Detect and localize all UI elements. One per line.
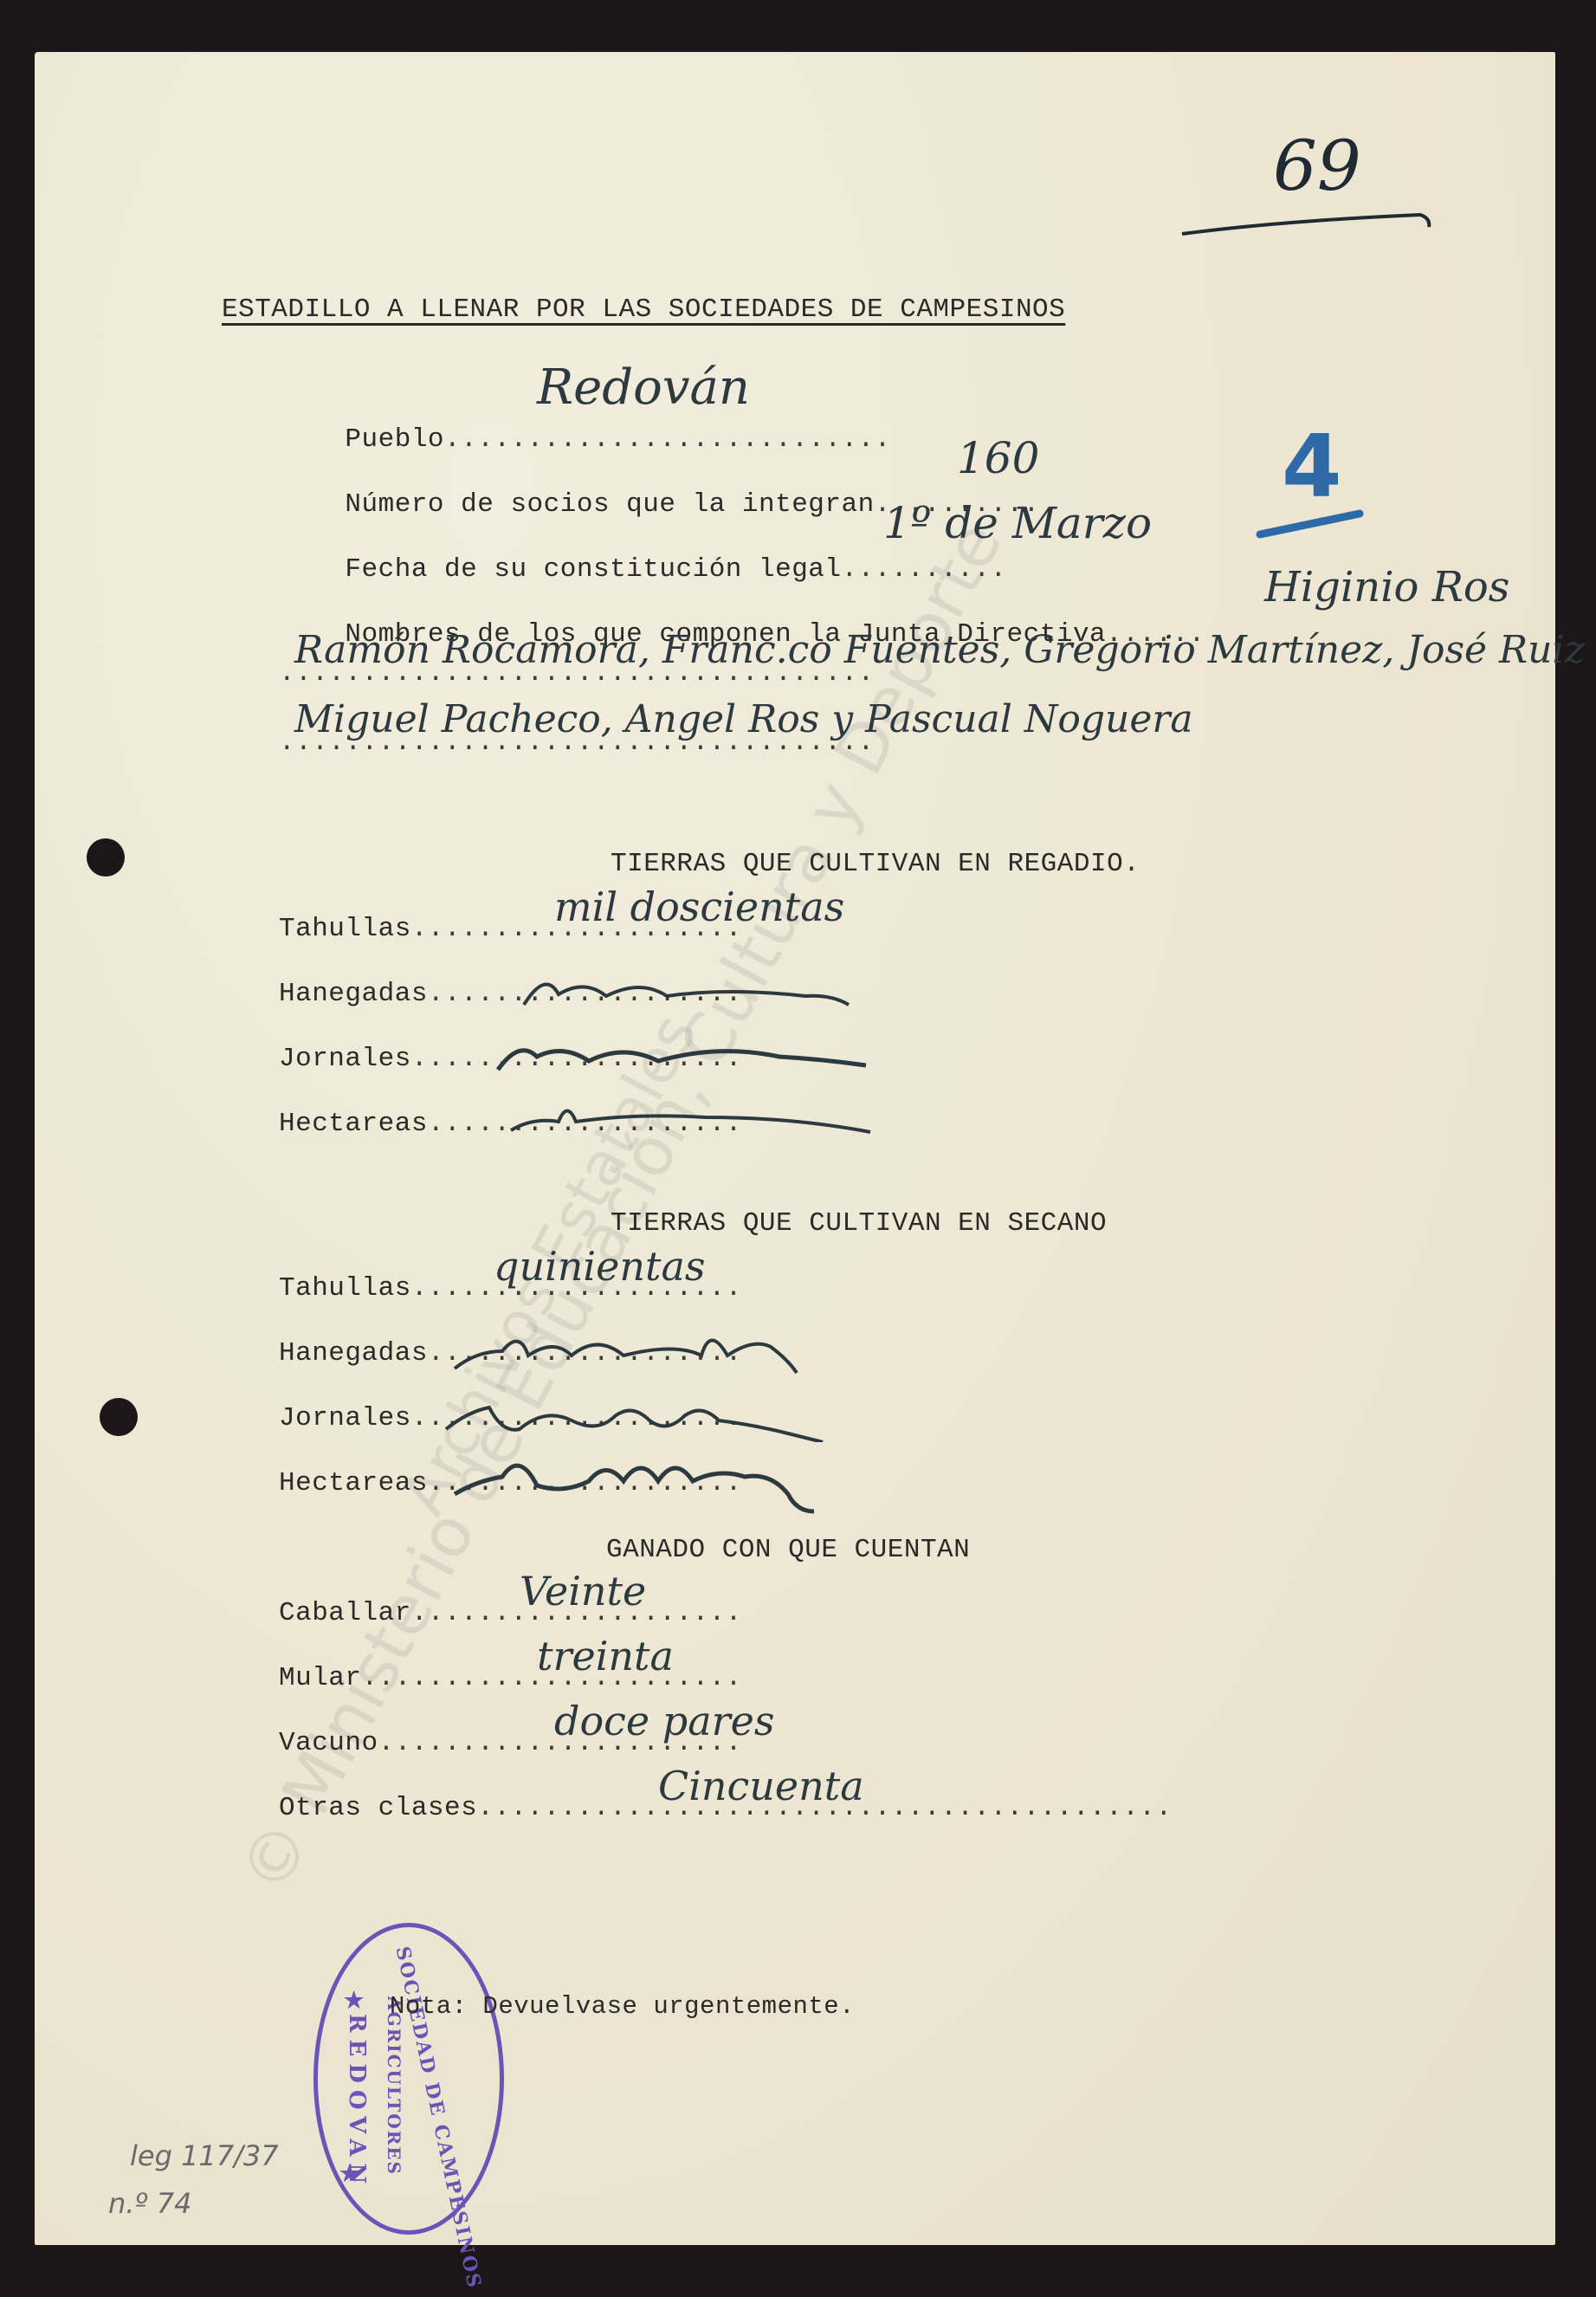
row-ganado-otras-clases-value: Cincuenta	[658, 1763, 864, 1809]
junta-line-3-value: Miguel Pacheco, Angel Ros y Pascual Nogu…	[294, 697, 1193, 741]
urgent-note: Nota: Devuelvase urgentemente.	[390, 1992, 855, 2021]
row-secano-jornales-dash	[442, 1390, 875, 1442]
dot-leader: ..........	[842, 554, 1007, 585]
star-icon: ★	[344, 1988, 364, 2014]
archival-number: n.º 74	[108, 2187, 191, 2220]
row-ganado-caballar-value: Veinte	[520, 1568, 646, 1614]
row-secano-tahullas-value: quinientas	[494, 1243, 706, 1290]
junta-line-2-value: Ramón Rocamora, Franc.co Fuentes, Gregor…	[294, 628, 1585, 672]
document-page: © Ministerio de Educación, Cultura y Dep…	[35, 52, 1555, 2245]
hole-punch-bottom	[100, 1398, 138, 1436]
row-ganado-caballar: Caballar....................	[279, 1598, 742, 1628]
row-regadio-hanegadas-dash	[520, 970, 909, 1013]
field-numero-socios-value: 160	[957, 433, 1039, 483]
field-label: Pueblo	[345, 424, 444, 455]
section-heading-secano: TIERRAS QUE CULTIVAN EN SECANO	[611, 1208, 1107, 1239]
dot-leader: ...........................	[444, 424, 891, 455]
row-regadio-jornales-dash	[494, 1035, 909, 1078]
blue-pencil-mark: 4	[1282, 416, 1342, 517]
row-ganado-mular-value: treinta	[537, 1633, 674, 1679]
page-number: 69	[1273, 126, 1361, 206]
archival-reference: leg 117/37	[130, 2139, 279, 2172]
section-heading-regadio: TIERRAS QUE CULTIVAN EN REGADIO.	[611, 849, 1140, 879]
field-label: Número de socios que la integran	[345, 489, 874, 520]
row-regadio-hectareas-dash	[507, 1096, 922, 1139]
section-heading-ganado: GANADO CON QUE CUENTAN	[606, 1535, 970, 1565]
row-secano-hanegadas-dash	[450, 1325, 866, 1377]
page-number-underline	[1178, 199, 1438, 243]
field-junta-directiva-value: Higinio Ros	[1264, 563, 1509, 611]
star-icon: ★	[339, 2161, 359, 2187]
field-fecha-constitucion-value: 1º de Marzo	[883, 498, 1152, 548]
hole-punch-top	[87, 838, 125, 877]
society-stamp: SOCIEDAD DE CAMPESINOS AGRICULTORES REDO…	[313, 1923, 504, 2235]
field-label: Fecha de su constitución legal	[345, 554, 841, 585]
field-pueblo-value: Redován	[537, 359, 750, 416]
row-ganado-vacuno-value: doce pares	[554, 1698, 774, 1744]
stamp-middle-text: AGRICULTORES	[384, 1996, 404, 2176]
row-secano-hectareas-dash	[450, 1451, 883, 1520]
row-regadio-tahullas-value: mil doscientas	[554, 883, 844, 930]
form-title: ESTADILLO A LLENAR POR LAS SOCIEDADES DE…	[222, 294, 1065, 325]
